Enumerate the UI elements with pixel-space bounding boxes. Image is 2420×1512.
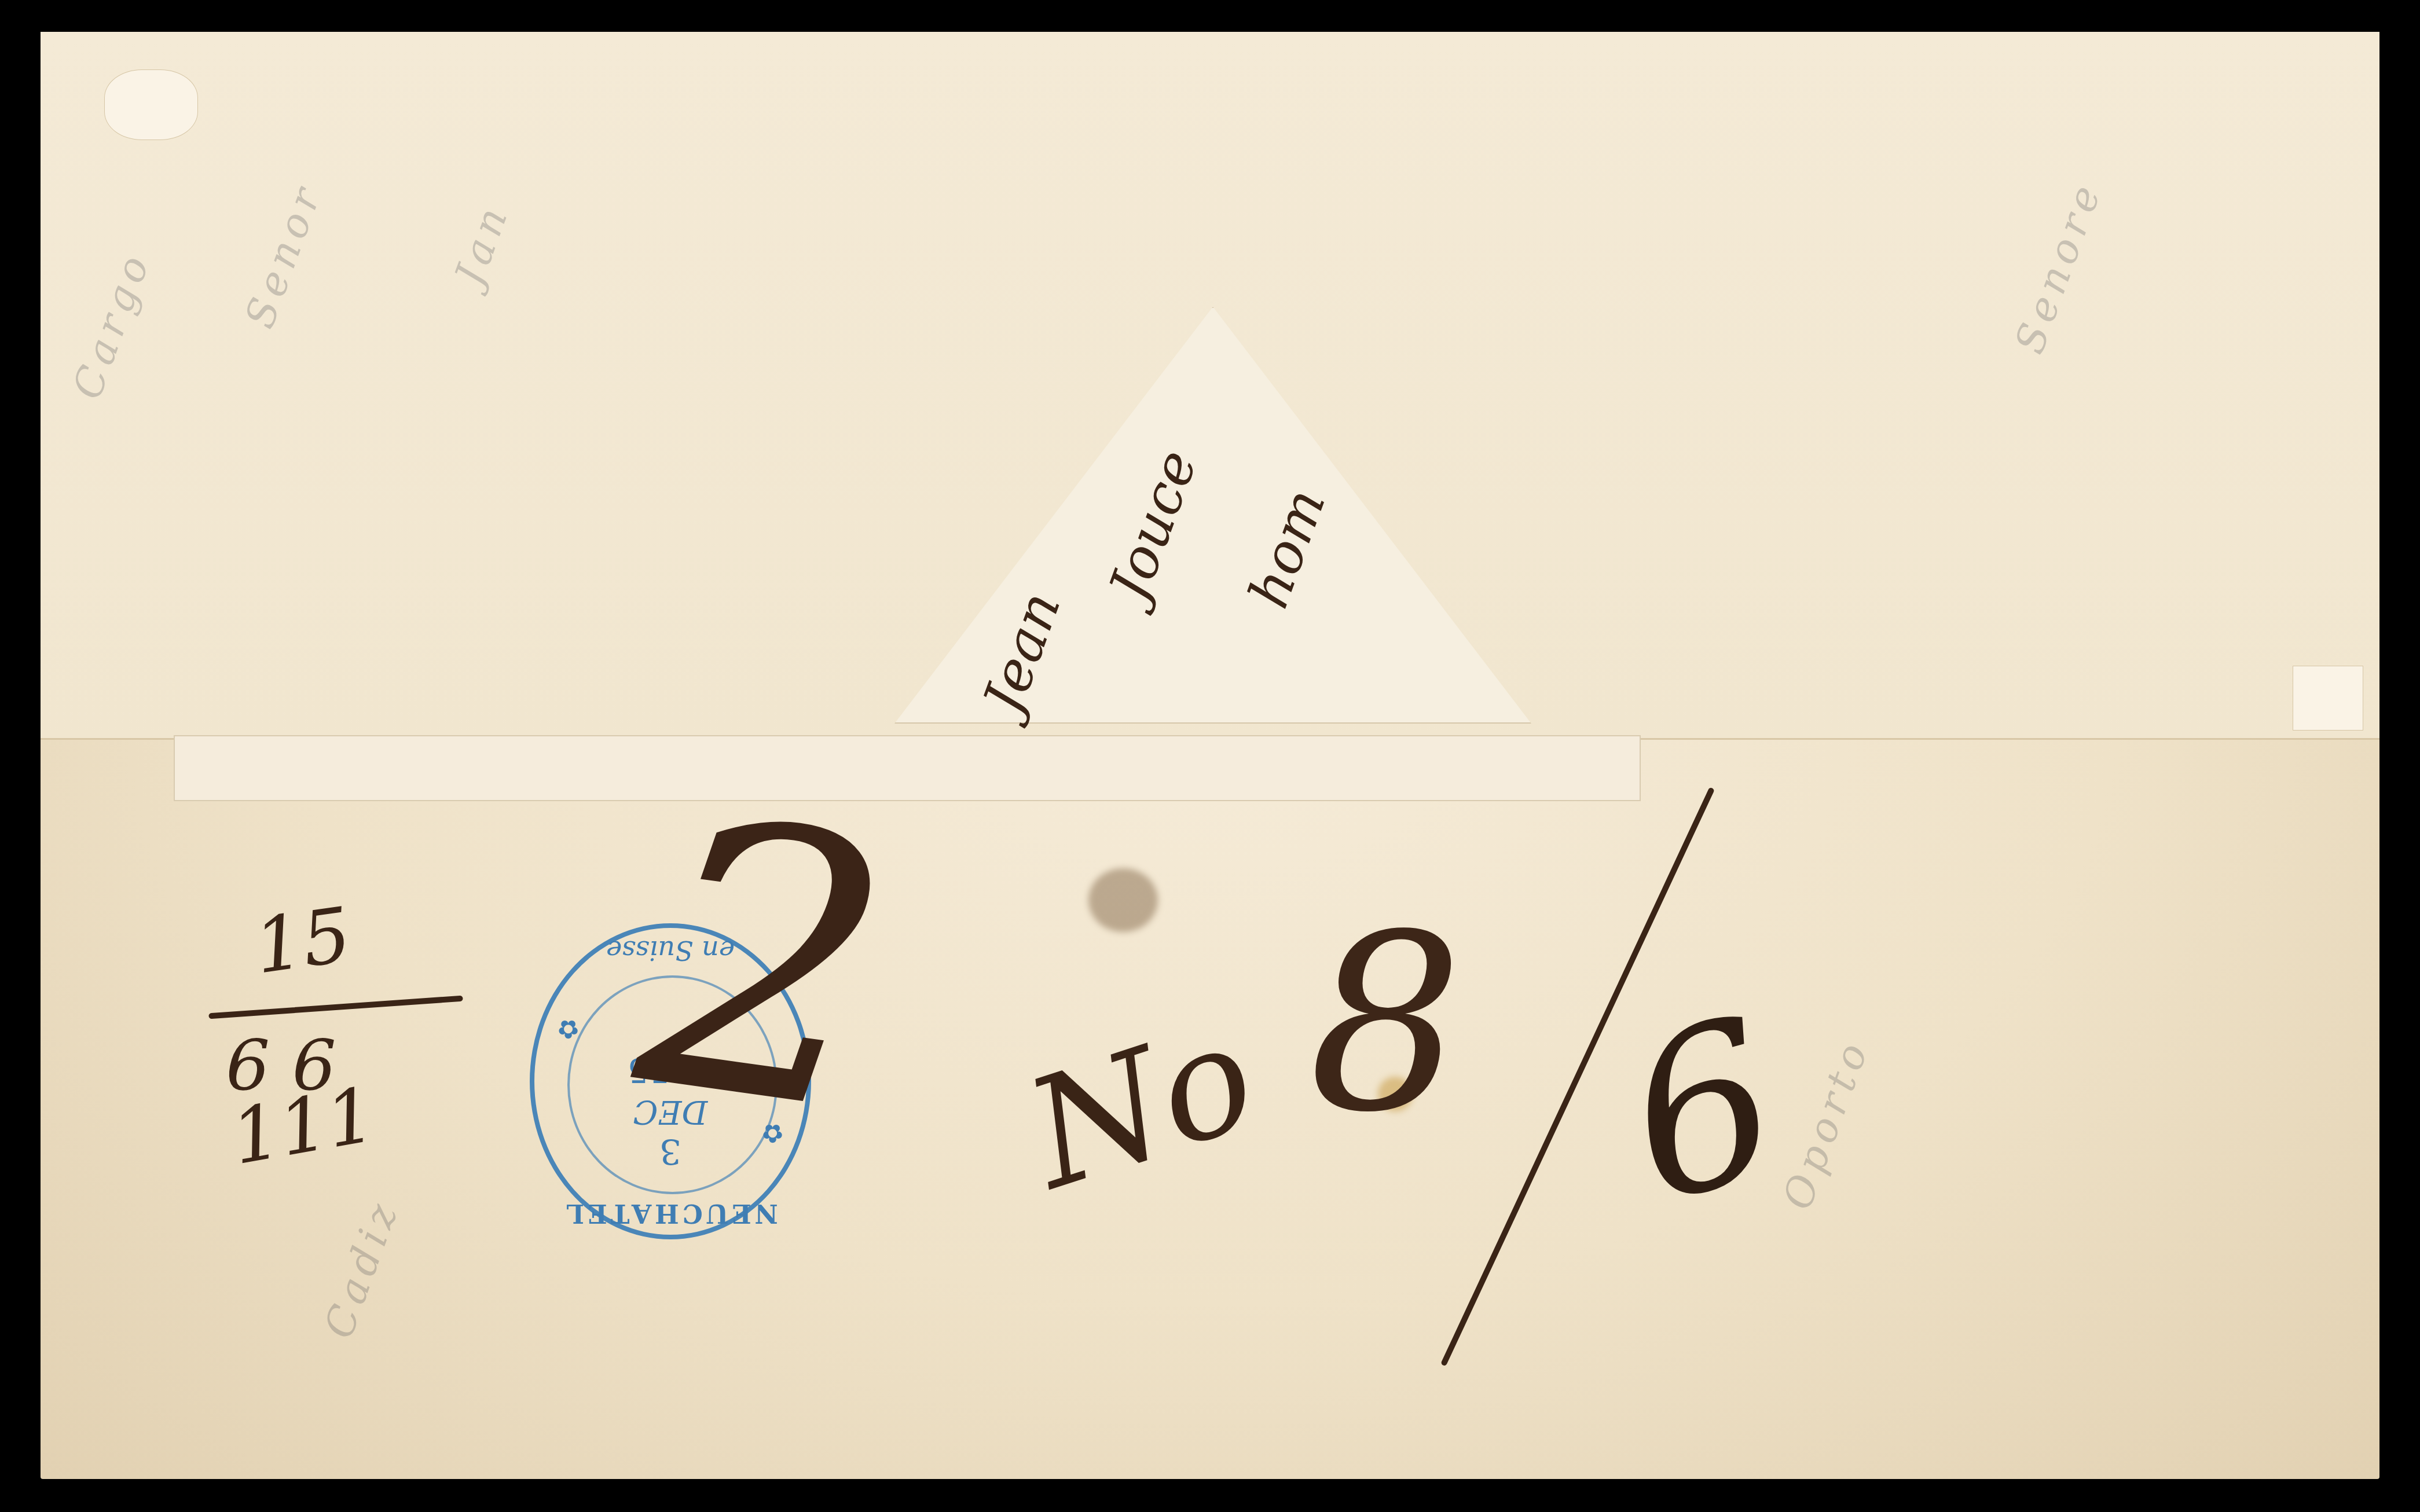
charge-shillings: 8 <box>1308 903 1463 1146</box>
ink-stain <box>1088 868 1158 932</box>
paper-wear <box>104 69 198 140</box>
flower-ornament-icon: ✿ <box>558 1014 579 1044</box>
postmark-town: NEUCHATEL <box>534 1198 806 1228</box>
paper-tear <box>2293 666 2363 731</box>
rate-denominator: 111 <box>226 1076 381 1175</box>
rate-numerator: 15 <box>250 897 355 985</box>
